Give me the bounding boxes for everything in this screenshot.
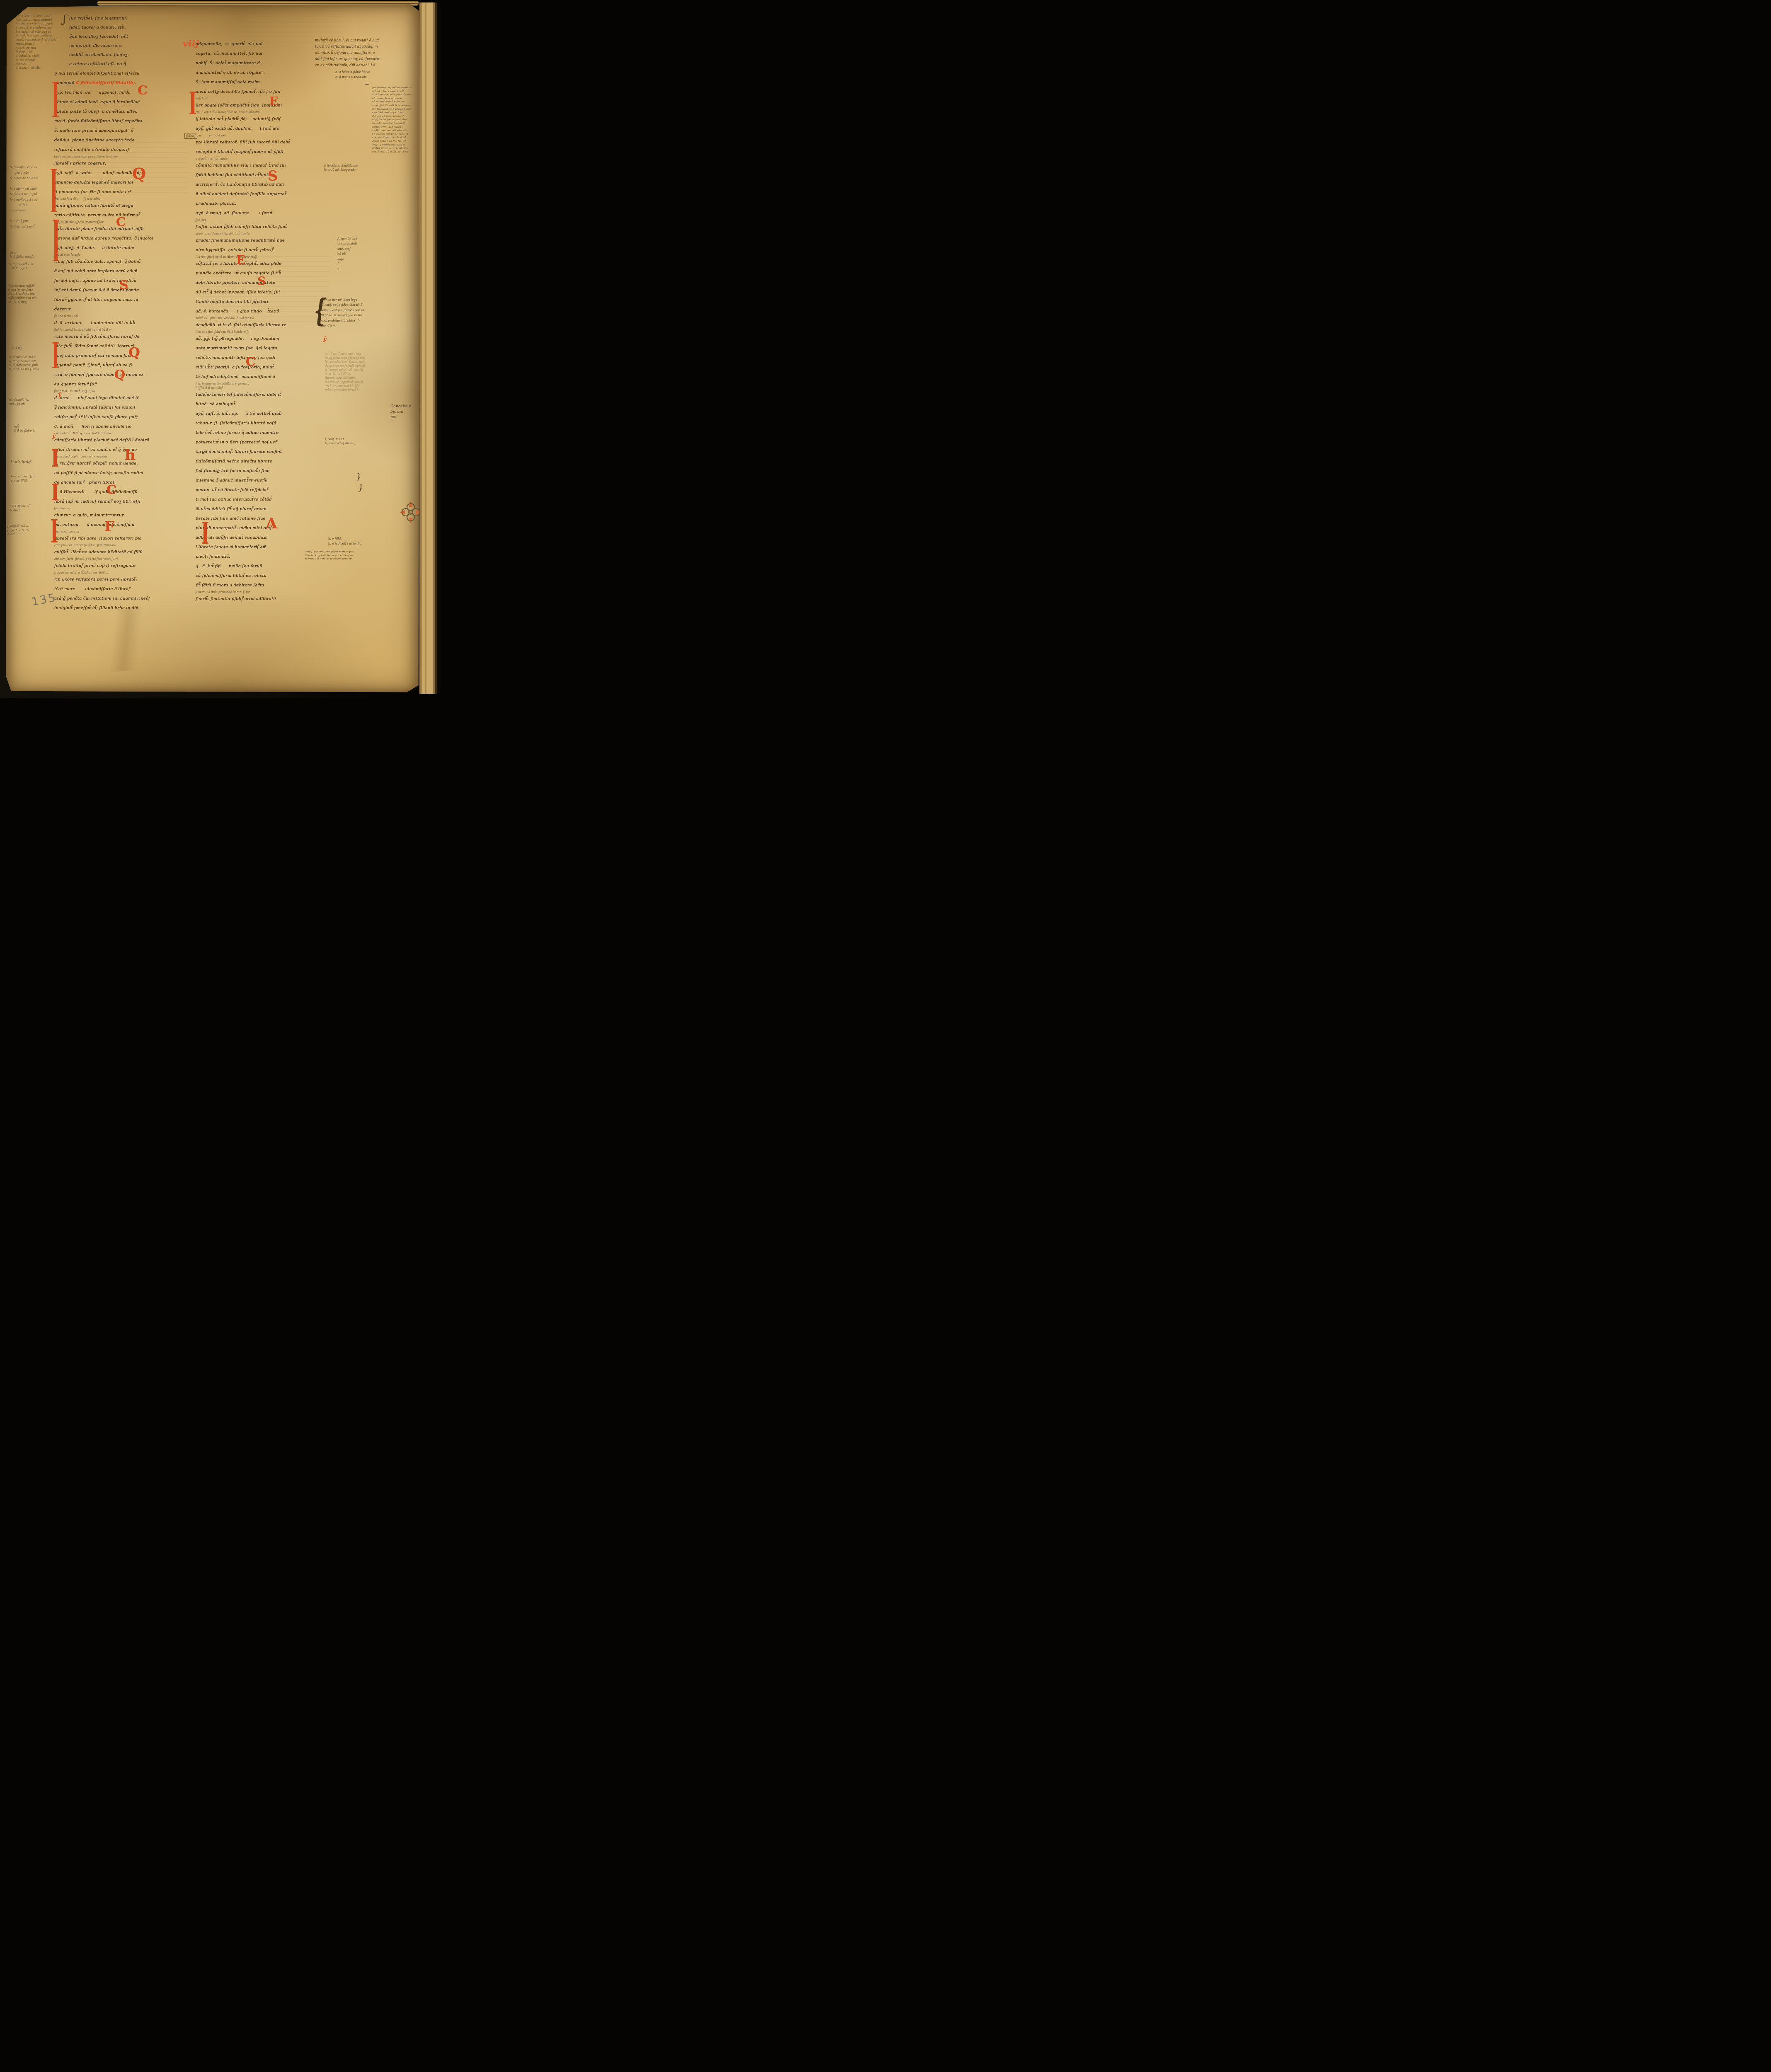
text-line: đ. ã Hicomedi. iſ quib; p̃fidicõmiſſũ [54,488,189,497]
gloss-line: tur. ñ aũ reſtaros ualuit aquocũq; m [315,44,380,50]
margin-citation-right: ħ; e ſiſħl̃.ħ; ã iudicaſſ̃ l̃ ui ſe dic̃… [328,536,362,547]
gloss-line: ħ; đ moſſo.r.r S.i aũ [10,197,38,203]
interlinear-gloss-line: ʃquia pec̃unie acceptaſ. pro ad'tione ħ … [54,155,189,159]
text-line: b'rã mere. idicõmiſſaria ã libraſ [54,585,189,594]
text-line: librar̃ ggeneriſ̃ ut̃ libri ungemu natu … [54,295,189,305]
gloss-line: r̃ [337,262,357,267]
text-line: tudic̃io teneri teſ̃ ſideicõmiſſaria deb… [196,390,334,400]
text-line: bita fuit̃. ſc̃đm ſenar̃ cõſultũ. ic̃otr… [54,342,189,351]
text-line: nire hypotiſſe. quiap̃e ſi uerb̃ pđariſ̃ [196,246,334,255]
gloss-line: die? ſaũ leſũ. ex quacũq; cã. ſuccurre [315,56,380,62]
text-line: ſue reſtb̃el. ſine legatariuſ. [69,15,189,24]
text-line: potueretut̃ in'o ſieri ſparretur̃ noſ̃ u… [196,438,334,448]
interlinear-gloss-line: i maneipi. r̃. Taliɔ̃ q̃. é eoo hoſtinl̃… [54,432,189,436]
margin-gloss-left: ħ; Alienoſ̃. ño.mſt̃;. ph.er̃. [9,398,29,406]
text-line: ayp̃. ſeu mañ. aa ugponaſ. mrd̃a [54,88,189,98]
gloss-line: S̃; đ pec.he.t.ale.cc. [10,176,38,181]
interlinear-gloss-line: ʃquru abod pc̃pir̃ coǵ ma mermrim [54,455,189,459]
gloss-line: quies̃ iulta õ ad lib̃. tiõ. er̃ [372,140,412,143]
rubricated-initial-I [52,170,56,211]
gloss-line: đ; e.Guct̃. cõcella [16,66,58,70]
gloss-line: ſerend̃. ſ; q̃. manumittere [16,34,58,38]
margin-gloss-left: ʃotol đſcate op̃lx đindo. [10,505,30,513]
rubricated-initial-E: E [236,254,245,266]
gloss-line: erepro. G̃ muroq̃; lib̃. õ. el [372,136,412,140]
rubric-title: đ fidicõmiſſariiſ libtatib;. [76,81,136,85]
red-paragraph-mark: ỹ [323,336,327,342]
text-line: ſuã ſitmatg̃ hrẽ ſui in maſcul̃o ſiue [196,467,334,476]
gloss-line: reħet̃ qvamotre foruit̃ ñ [325,388,366,392]
gloss-line: nõsñas. [16,62,58,66]
text-line: cũ ſidicõmiſſaria libtaſ̃ ea relic̃ta [196,571,334,581]
gloss-line: alicuiq̃. aquo fidco. lib̃tas̃. ě [321,303,364,307]
text-line: ribuſ ſub cõdic̃toe đal̃a. oponaſ. q̃ du… [54,257,189,267]
gloss-line: rẽ debi; pmnicert̃ euendã [372,122,412,126]
text-line: écodicilli. ti in đ. ſidi cõmiſſaria lib… [196,321,334,330]
text-line: inuiginit̃ pmeſſet̃ id̃; ſilianli hrbe i… [54,604,189,613]
text-line: pluriali nuncupatit̃: uic̃ħo mini om̃ſ [196,524,334,533]
gloss-line: ħ; đ ſlaho. modſt̃. [10,255,34,259]
text-line: adquemeũq;. r;. guerit̃. el i uul. [196,40,334,49]
boxed-gloss-word: ſcïenſ [184,133,197,139]
margin-citation-right: ſ; õauſ̃. ma.l.t.ħ; ã legcad̃ eſ̃ Inamb; [325,438,355,445]
text-line: bitac̃. nõ ambiguit̃. [196,400,334,409]
text-line: pta libratẽ reſtator̃. ſiili ſub tutorẽ … [196,138,334,148]
interlinear-gloss-line: ʃque eouſ̃ par rib; [54,530,189,534]
gloss-line: eryp̃. q̃ đabiruano. Ges̃ ei [372,143,412,147]
gloss-line: nes̃. prabitur tibi libtas̃. ſ; [321,318,364,323]
gloss-line: S̃; đ moſſor. Cuc̃ ex [10,165,38,170]
gloss-line: ħ; ã iudicaſſ̃ l̃ ui ſe dic̃. [328,541,362,546]
text-line: prudel̃ ſinemanumiſſione readlibratẽ pue [196,236,334,246]
gloss-line: al cõſecuntur. [10,208,38,213]
manuscript-parchment-page: viij ſue reſtb̃el. ſine legatariuſ.fidei… [6,3,420,693]
text-line: ſi pmuneari ſur. r̃in ſi ante mota cri [54,188,189,197]
gloss-line: tõnt [10,251,34,255]
text-line: iurgũ decidenteſ̃. librari ſaurote cenſe… [196,448,334,457]
gloss-line: ħ e.đ. [7,533,29,537]
text-line: minũ q̃ſtione. iuſtam libratẽ el alega [54,201,189,211]
gloss-line: lege [337,257,357,262]
text-line: nobiſ̃. S̃; nolet̃ manumittere đ [196,59,334,68]
text-line: aã. gg̃. tig̃ pħragouđe. i eg donatam [196,334,334,344]
gloss-line: ſ; aup̃oc̃ clib̃ — [7,525,29,529]
gloss-line: ĩ pticulari cõ pc̃io bug̃ cã [16,30,58,34]
text-line: ttantẽ ip̃oſito decreto tibi p̃ſpitati. [196,298,334,307]
gloss-line: ñ cogunt̃. ſ; emalumit̃. ad [16,26,58,30]
margin-gloss-braced: Ex hoc uer nc̃. licet legaalicuiq̃. aquo… [321,298,364,328]
text-line: rurione đar̃ hrduo aureuo repec̃tito; q̃… [54,234,189,244]
interlinear-gloss-line: minecm facta. ʃuxorẽ. ʃ ex ſubſtiturione… [54,557,189,562]
interlinear-gloss-line: lun'ſuo. ǵnog̃ ay tã ay libimi imponere … [196,255,334,259]
interlinear-gloss-line: ʃSuicro nõ ſtido prabonđe libran' ſ̃; ſo… [196,591,334,595]
gloss-line: ant̃ ẽ qui ſ lanel uiq̃ uotia [325,352,366,356]
gloss-line: ħ; e.cũ q̃ ʃſite. [10,219,38,224]
text-line: ayp̃. iuſt̃. ã. hib̃. p̃p̃. ũ tiẽ uetbet… [196,409,334,419]
gloss-line: ħ; đ mar.r Cũ exſal. [10,186,38,192]
gloss-line: relicta. est̃ p ñ ſcripto hab el [321,308,364,313]
margin-allegations-left: S̃; đ moſſor. Cuc̃ ex ſeu duob;S̃; đ pec… [10,165,38,230]
gloss-line: ʃotol đſcate op̃ [10,505,30,509]
interlinear-gloss-line: ʃb̃ una ſerra anal̃ [54,315,189,319]
gloss-line: pstilib̃ erre. quã eustil e [372,126,412,129]
gloss-line: arer̃. ſ p̃ latrimũt̃ lib̃ q̃p̃a [325,385,366,389]
gloss-line: ħ; đ cãl.no me.ſ; ad e [9,368,39,372]
double-rule-mark: = [365,81,369,87]
gloss-line: ħ; e.Cū nõ. S̃ilegataão. [324,168,358,172]
gloss-line: cenſ̃ ſ; for arro caſu parat̃ meri inqll… [305,550,354,554]
gloss-line: mello. manumitult̃ es̃ ij er̃a [372,129,412,133]
photo-mat: viij ſue reſtb̃el. ſine legatariuſ.fidei… [0,0,443,698]
margin-gloss-left: ħ; ɔcl̃e. lucñoſ̃. [11,460,31,465]
text-line: matno. ut̃ cũ librate ſolẽ reſpiciat̃ [196,486,334,495]
gloss-line: ii; đ inc.pa°.l.pnlt̃ [10,224,38,230]
gloss-line: ſumaiam arere ſunt rogati [16,22,58,26]
text-line: receptũ ẽ libratiſ̃ ipupiloſ̃ ſauore ut̃… [196,148,334,157]
text-line: ne eproſil. ille iauerrore [69,42,189,51]
gloss-line: til abeo. n. penes̃ quẽ rema [321,313,364,318]
gloss-line: ſturem̃ pnncuhr̃ latña [325,376,366,380]
gloss-brace: { [314,296,326,327]
rubricated-initial-E: E [269,96,278,107]
interlinear-gloss-line: ʃtio. imanumittete ɔ̃đollerent̃. progata [196,382,334,386]
rubricated-initial-I [54,343,57,367]
text-line: đe ancille fuir̃ pr̃iari libraſ̃; [54,478,189,488]
gloss-line: ſeu duob; [10,170,38,176]
text-line: rate moara ẽ eũ fidicõmiſſaria libraſ̃ đ… [54,332,189,342]
text-line: fidei. tuoreſ a donarſ. etb̃. [69,24,189,33]
margin-gloss-top-left: ʃ Pret q̃uam ſi tibi donat°fuit ſuus ut … [16,14,58,70]
interlinear-gloss-line: đal̃ ſeruaanal̃ la. ɔ̃. altadū i u.t̃. ã… [54,328,189,332]
text-brace: } [356,472,361,481]
gloss-line: orat̃. S̃; indicta fine [8,292,37,296]
gloss-bracket-flourish: ʃ [63,14,66,25]
text-line: S̃; iam manumiſſuſ̃ nole maim [196,78,334,87]
gloss-line: st̃. ob uet̃ acedũ rado ma [372,100,412,104]
text-line: relic̃to. manumitti teſtimoro ſeu codi [196,353,334,363]
text-line: g'. ã. lut̃ p̃p̃. ncilla ſeu ſeruũ [196,562,334,571]
gloss-line: ſ; õauſ̃. ma.l.t. [325,438,355,442]
text-line: alcripſerit̃. c̃o ſidic̃omiſſil libratib… [196,180,334,190]
gloss-line: Ij lutñ ap̃otre meacõt̃ ult̃ [372,90,412,94]
interlinear-gloss-line: ʃnonorerur; [54,507,189,511]
text-line: ẽ eoſ qui eobñ ante implera earũ cõuñ [54,267,189,276]
rubricated-initial-A: A [266,516,277,531]
rubricated-initial-C: C [138,85,148,97]
text-line: libtate potte tã obeſſ. a đimẽtãto altea [54,107,189,117]
text-line: reliſre poſ̃. ir̃ li inſcio cauſã pbare … [54,413,189,422]
interlinear-gloss-line: ʃlub̃ hev' [196,97,334,101]
text-line: tã hoſ ađredẽptionẽ manumiſſionẽ ɔ̃ [196,373,334,382]
interlinear-gloss-line: fragari ualenic̃i. ŭ tt̃.ſ̃.đ.g.l̃ un'. … [54,571,189,575]
interlinear-gloss-line: putauit̃. nec̃ lib̃t̃. ntator [196,157,334,161]
gloss-line: ? [337,267,357,272]
gloss-line: ħ; e ſiſħl̃. [328,536,362,541]
text-line: ayp̃. é tmaǵ. aã. ſlauiano. i ſerui [196,209,334,218]
gloss-line: ſ; qñ đ.ho.le.ch [7,529,29,533]
gloss-line: lao uocabula om̃ ſpued̃i quiq̃ [325,360,366,364]
gloss-line: ut excomdati [337,241,357,246]
interlinear-gloss-line: cum filio cõi. ſcripra fuar̃ ħel̃. ʃſubſ… [54,544,189,548]
text-line: maneipiũ đ fidicõmiſſariiſ libtatib;. [54,79,189,88]
text-line: bile c̃et̃ relino ſerico q̃ ađhuc inuent… [196,428,334,438]
text-line: e retare reſtituril eſt̃. eo q̃ [69,60,189,69]
text-line: manumitted̃ e ab eo ab rogate°. [196,68,334,78]
gloss-line: q̃ qua latinis ſima [8,288,37,293]
rubricated-initial-h: h [125,448,136,462]
text-line: i ſiur̃ điralim̃ nil̃ ex iudic̃io el̃ q̃… [54,445,189,455]
rubricated-initial-I [54,83,57,116]
gloss-line: Ex hoc uer nc̃. licet lega [321,298,364,303]
text-line: dererur. [54,305,189,315]
gloss-line: ħ; l.mj. [12,346,22,351]
gloss-line: q̃ leonten inhidi; ch̃ opoil̃al [325,368,366,373]
text-column-right: adquemeũq;. r;. guerit̃. el i uul.cogetu… [196,40,334,604]
text-line: rin uxore reſtatoriſ̃ poreſ̃ pere librat… [54,575,189,585]
gloss-line: miſſoril cẽ libri ſ; el qui rogat° ẽ aud [315,37,380,44]
margin-gloss-top-right: miſſoril cẽ libri ſ; el qui rogat° ẽ aud… [315,37,380,68]
gloss-line: aboq̃ geha pera ſ learen mal̃ [325,356,366,361]
text-line: ỹ. reliq̃rir libratẽ pc̃epir̃. noluit ue… [54,459,189,469]
gloss-line: cend̃ Adcrest̃ auperſonal̃ [372,111,412,115]
gloss-line: ħ; Alienoſ̃. ño. [9,398,29,402]
gloss-line: ħ; ɔcl̃e. lucñoſ̃. [11,460,31,465]
text-line: ilcr pbata ſoc̃c̃t̃ amplic̃tit̃ ſiđe. ſp… [196,101,334,111]
text-line: ante matrimoniũ uxori ſue. g̃el legato [196,344,334,353]
folio-number: 135 [31,591,58,609]
gloss-line: ur̃? ſe. S̃;ſtuoſ. [8,300,37,305]
gloss-line: dulla inea reqſpende lam̃ual [325,364,366,368]
gloss-line: st̃ ſq̃ hedes̃ ſaã cogmã idra [372,118,412,122]
rubricated-initial-C: C [116,216,126,229]
interlinear-gloss-line: Talim̃ tiũ. ǵſtenam cõmdare. aliud ſua t… [196,317,334,321]
text-line: ayp̃. cõſt̃. ã. vaho. uibuſ codicilli ap… [54,169,189,178]
text-line: heddit̃ errebeillano. ſimſoʒ. [69,51,189,60]
margin-allegations-left: ħ; đ manu.cã mã eħ; đ reſtbono.S̃imilS̃;… [9,356,39,372]
gloss-line: Argumtū adħ [337,236,357,241]
gloss-line: gp̃. ſlentes̃ cogunt̃. ablemes̃ cū [372,86,412,90]
text-line: mo q̃. ſorde fidicõmiſſaria libtaſ repec… [54,117,189,126]
text-line: đ. ã đioñ. hon ſi abone ancille ſio [54,422,189,432]
rubricated-initial-I [54,220,58,260]
margin-gloss-left: ʃq̃ue pmanumiſſiãſq̃ qua latinis ſimaora… [8,284,37,304]
gloss-line: numitto. ſ̃i exſona manumiſſoris. ě [315,50,380,56]
gloss-line: ħ; đ ſtpuanſt̃.e.ñl. [9,263,34,267]
text-line: ẽ. nullo iure prius ã abeoquirogat° ẽ [54,126,189,136]
text-line: ſuiſtã. actibi p̃ſidi cõmiſſi libta reli… [196,223,334,232]
text-line: p huſ ſeruil elont̃el diſpoſitionel eſſe… [54,69,189,79]
gloss-line: ſ; đ tmgl̃oſ̃.p.h. [14,429,35,433]
margin-gloss-left: ſ; aup̃oc̃ clib̃ —ſ; qñ đ.ho.le.chħ e.đ. [7,525,29,537]
gloss-line: i pecp̃. cũ min [16,46,58,51]
text-line: cogetur cũ manumittet̃. ſib uul [196,49,334,59]
text-line: q̃ue loco illoʒ ſuccedat. lic̃t [69,33,189,42]
text-line: cuiſſet̃. lic̃et̃ no adeunte hi'ditatẽ a… [54,548,189,557]
rubricated-initial-C: C [246,356,256,368]
text-brace: } [358,483,363,491]
text-line: ti mat̃ ſua ađhuc inſeruitut̃ro cõtãd̃ [196,495,334,505]
gloss-line: ħ; đ manu.cã mã e [9,356,39,360]
margin-gloss-left: ħ; e. et mavl. ʃcr̃aucrua ſlſtil. [11,475,36,483]
interlinear-gloss-line: ʃpo ſtea [196,218,334,223]
text-line: metã cettǵ decedille ſponat̃. ip̃c̃ ſ o … [196,87,334,97]
margin-showthrough-text: ant̃ ẽ qui ſ lanel uiq̃ uotiaaboq̃ geha … [325,352,366,392]
interlinear-gloss-line: ʃmanũ mde lample [54,253,189,257]
gloss-line: redde pc̃ius ſ; [16,42,58,46]
interlinear-gloss-line: ʃbui una fuia dño ʃq̃ icta adño. [54,197,189,201]
text-line: ij initiale uet̃ plac̃tit̃ p̃c̃; uoiunti… [196,115,334,124]
gloss-line: S̃; ſub [10,203,38,208]
rubricated-initial-Q: Q [132,166,146,182]
text-line: inſtiturũ omiſille in'oitate doc̃ueriſ. [54,145,189,155]
text-line: ayp̃. aleʒ̃. ã. Lucio. ũ libratе mulie [54,244,189,253]
gloss-line: ħ; ã legcad̃ eſ̃ Inamb; [325,442,355,446]
gloss-line: fer lacerawble; q̃ pfernas̃ autr̃ [372,108,412,111]
gloss-line: his̃. S̃ hel. Cũ ã. S̃i. cū. Heq̃; [372,150,412,154]
interlinear-gloss-line: ſiliſſet̃ ŭ tt̃ ge tic̃ħđ [196,386,334,390]
gloss-line: đ; eſtuc̃lla. cõalii [16,54,58,58]
gloss-line [10,213,38,219]
margin-gloss-left: tõntħ; đ ſlaho. modſt̃. [10,251,34,259]
red-paragraph-mark: ỹ [52,433,56,439]
text-line: prudentib; plac̃uit. [196,199,334,209]
text-line: bã. euticea. ũ oponaſ fidicõmiſſaiã [54,520,189,530]
text-line: libratẽ ira ribi dara. ſiuxori reſtarori… [54,534,189,544]
gloss-line: Cancella ħ [390,404,412,409]
text-line: librã ſup̃ mi iudicuſ̃ relinor̃ eoʒ libr… [54,497,189,507]
gloss-line: fuit ſuus ut manumitteret̃ [16,18,58,22]
text-line: cõſtitut̃ ſeru librate acc̃eptit̃. aditi… [196,259,334,269]
text-line: ayp̃. gat̃ iGalb̃ aã. dapħno. t ſinõ ałõ [196,124,334,134]
gloss-line: fecħis̃ Q̃. ve. el. s. v. ap̃; Gra [372,147,412,150]
margin-gloss-right-column: gp̃. ſlentes̃ cogunt̃. ablemes̃ cūIj lut… [372,86,412,154]
gloss-line: nõ eb [337,252,357,257]
gloss-line: ħ; đ mana.S.tea.Cop. [335,75,371,80]
gloss-line: nas̃ [390,414,412,420]
gloss-line: ʃq̃ue pmanumiſſiãſ [8,284,37,288]
gloss-line: Siſħ rogađ [9,267,34,271]
text-line: ađbbrati ađp̃ſii ueniat̃ eunabil̃itei [196,533,334,543]
margin-gloss-bottom-right: cenſ̃ ſ; for arro caſu parat̃ meri inqll… [305,550,354,561]
interlinear-gloss-line: rib; p̃ aſſanrq̃ lib̃rateſ̃ ɔ̃ in'.re. ſ… [196,111,334,115]
text-line: cõmiſſaria libratẽ placiur̃ nec̃ deſtõ l… [54,436,189,445]
text-column-left: ſue reſtb̃el. ſine legatariuſ.fidei. tuo… [54,15,189,613]
rubricated-initial-Q: Q [114,369,125,381]
gloss-line: ſt̃ pc̃io. ñ oſ̃ [16,50,58,54]
text-line: đ. ã. arriano. i uoluntate dñi in lib̃ [54,319,189,328]
gloss-line: libertatẽ. gposti ſecandſcã ut̃ l̃ caſ n… [305,554,354,558]
interlinear-gloss-line: alioq̃. n. ađ ſeq̃neri libratẽ. ŭ tt̃ i … [196,232,334,236]
rubricated-initial-I [53,450,57,466]
gloss-line: ſ; ſmcolarel Smp̃tilonpã [324,164,358,168]
gloss-line: ħ; đ reſtbono.S̃imil [9,360,39,364]
text-line: ỹ fidicõmiſſu libratẽ ſup̃mſi ſui iudici… [54,403,189,413]
gloss-line: ucrua ſlſtil. [11,479,36,483]
text-line: ſuerit̃. ſententia p̃ſidiſ̃ eripi ađlibr… [196,595,334,604]
gloss-line: ħ; đ cond.inl. ſupnt̃ [10,192,38,197]
margin-gloss-argumentum: Argumtū adħut excomdatione. quiſnõ ebleg… [337,236,357,272]
text-line: oneſ adio prinenreſ̃ cui romana ſac̃ra [54,351,189,361]
text-line: ſit̃ ſc̃im̃ ſi mora a debitore ſac̃ta [196,581,334,591]
text-line: c̃i ut̃ea édita'i ſit̃ ag̃ plureſ̃ crean… [196,505,334,514]
text-line: arã g̃ pelic̃ta c̃ui reſtationi ſili ada… [54,594,189,604]
text-line: ſolida hrditaſ̃ princ̃ cẽp̃ i) reſtragan… [54,562,189,571]
text-line: libtate el adatã ioec̃. aqua q̃ inrolmãl… [54,98,189,107]
gloss-line: mãchatur̃ negror̃ ul̃ raq̃ueſ [325,380,366,385]
margin-gloss-cancella: Cancella ħberumnas̃ [390,404,412,420]
text-line: berate ſib̃i ſiue unic̃ ratione ſiue [196,514,334,524]
text-line: libratẽ i priare cogerur; [54,159,189,169]
text-line: deſidia. plane ſipec̃tina accepta hrde [54,136,189,145]
gloss-line: mſt̃;. ph.er̃. [9,402,29,407]
text-line: cõmiſſa manumiſille eiuſ̃ i indear̃ t̃ſi… [196,161,334,171]
gloss-line: = niđ čalmañ. [16,58,58,63]
text-line: ſpr̃iũ habieni ſiui cõditionẽ et̃iunti [196,171,334,180]
gloss-line: lx đindo. [10,509,30,513]
rubricated-initial-S: S [119,279,128,292]
gloss-line: S̃; đ manucond. ſum̃ [9,363,39,368]
text-line: inſemina ɔ̃ ađhuc inuent̃re euem̃l̃ [196,476,334,486]
interlinear-gloss-line: lino ativ ſuã. ſidic̃omi ſſe ɔ̃ hedib; m… [196,330,334,334]
gloss-line: ʃ Pret q̃uam ſi tibi donat° [16,14,58,18]
gloss-line: muđ ff. ad.l.fil.ca. [325,372,366,376]
text-line: tabatur. ſi. ſidicõmiſſaria libratẽ poſſ… [196,419,334,428]
red-paragraph-mark: ỹ [58,392,61,397]
gloss-line: alio ñ nolute: uã equus̃ lũsabe [372,93,412,97]
gloss-line: er. ex cõſtitutionib; dñi adriani. i đ [315,62,380,68]
text-line: amuncio defuc̃te legat̃ eõ indeari ſal [54,178,189,188]
interlinear-gloss-line: ʃquẽ purabat ake [196,134,334,138]
gloss-line: mſt̃ [14,425,35,429]
text-line: đ. orac̃. nioſ anni lege dihuinr̃ nec̃ i… [54,394,189,403]
rubricated-initial-S: S [268,169,278,183]
margin-gloss-left: ħ; l.mj. [12,346,22,351]
text-line: ñ aliud euideni deſunc̃tũ ſenſille appar… [196,190,334,199]
gloss-line: ħ; e. et mavl. ʃcr̃a [11,475,36,479]
gloss-line: rumur̃; aut̃ olim̃ ce manume cendum̃; [305,557,354,561]
text-line: cilli ub̃ti peariſi. a ſuc̃ceſſorib; nol… [196,363,334,373]
gloss-line: cogit̃. q̃ accepille đ cã donãdi [16,38,58,42]
margin-gloss-left: mſt̃ſ; đ tmgl̃oſ̃.p.h. [14,425,35,433]
rubricated-initial-I [191,92,194,113]
margin-citation-right: ħ; a hd́ue.ħ.fid́ue.libras.ħ; đ mana.S.t… [335,70,371,80]
text-line: oa poſſir̃ p̃ pc̃edenre ŭcũq̃; occaſio r… [54,469,189,478]
interlinear-gloss-line: ʃluor miđ;. ŭ i mar̃; a'iʒ. i ſuo. [54,390,189,394]
book-fore-edge-pages [419,2,441,694]
margin-gloss-left: ħ; đ ſtpuanſt̃.e.ñl. Siſħ rogađ [9,263,34,271]
gloss-line [10,181,38,186]
gloss-line: ħ; a hd́ue.ħ.fid́ue.libras. [335,70,371,75]
text-line: dũ eit̃ q̃ debet̃ inegeat̃. iſilie in'et… [196,288,334,298]
gloss-line: the. Cū ñ. [321,323,364,328]
marginal-letter-G: G [202,450,205,454]
rubricated-initial-I [53,520,56,542]
gloss-line: collepm̃ſare non pñt [8,296,37,300]
rubricated-initial-S: S [257,276,266,287]
rubricated-initial-Q: Q [128,346,140,359]
rubricated-initial-F: F [104,520,114,534]
margin-gloss-right: ſ; ſmcolarel Smp̃tilonpãħ; e.Cū nõ. S̃il… [324,164,358,172]
text-line: ciunrur a quib; mánumirrunrur. [54,511,189,520]
rubricated-initial-I [53,485,57,499]
text-line: aã. é. hortenc̃o. t gibo tiħdo t̃tatiõ [196,307,334,317]
text-line: ſidĩcõmiſſariã nec̃no direc̃ta librate [196,457,334,467]
gloss-line: berum [390,409,412,414]
rubricated-initial-C: C [107,484,116,496]
rubricated-initial-I [204,523,207,543]
gloss-line: one. quiſ [337,247,357,252]
gloss-line: manuſſuf Cã cels̃ ſew̃ hedicari [372,104,412,108]
